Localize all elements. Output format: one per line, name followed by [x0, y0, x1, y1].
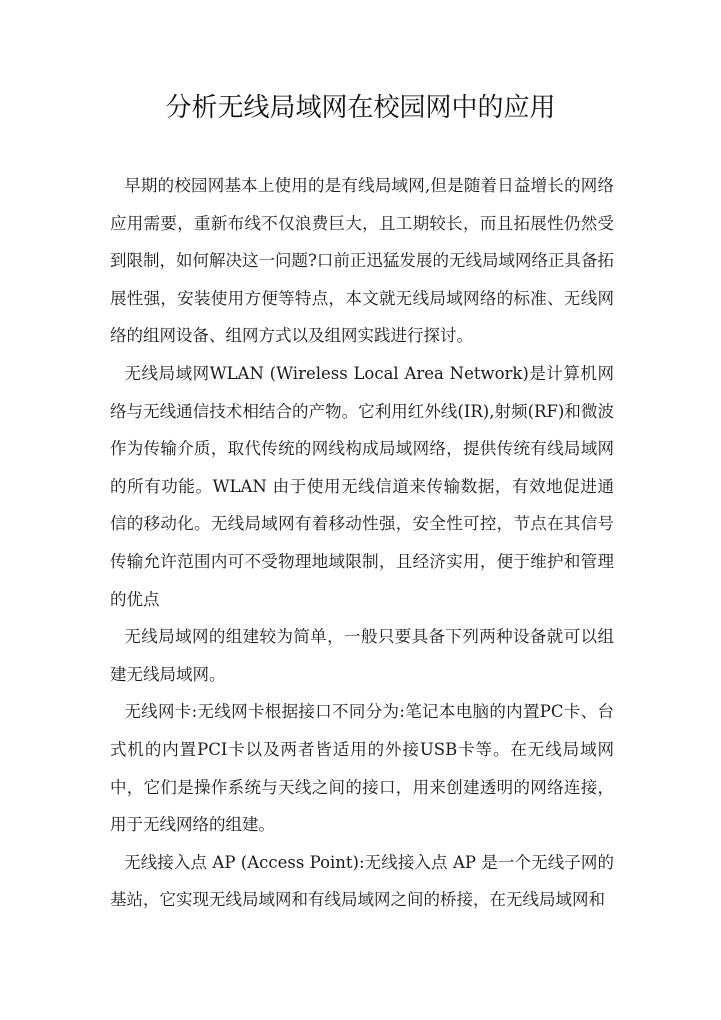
document-page: 分析无线局域网在校园网中的应用 早期的校园网基本上使用的是有线局域网,但是随着日… — [0, 0, 721, 1020]
paragraph-text: 无线网卡:无线网卡根据接口不同分为:笔记本电脑的内置PC卡、台式机的内置PCI卡… — [110, 702, 614, 834]
paragraph-text: 无线局域网WLAN (Wireless Local Area Network)是… — [110, 364, 614, 609]
paragraph-text: 无线接入点 AP (Access Point):无线接入点 AP 是一个无线子网… — [110, 853, 614, 910]
paragraph-intro: 早期的校园网基本上使用的是有线局域网,但是随着日益增长的网络应用需要，重新布线不… — [110, 167, 614, 355]
document-body: 早期的校园网基本上使用的是有线局域网,但是随着日益增长的网络应用需要，重新布线不… — [110, 167, 614, 919]
paragraph-wlan-setup: 无线局域网的组建较为简单，一般只要具备下列两种设备就可以组建无线局域网。 — [110, 618, 614, 693]
paragraph-text: 无线局域网的组建较为简单，一般只要具备下列两种设备就可以组建无线局域网。 — [110, 627, 614, 684]
paragraph-wireless-nic: 无线网卡:无线网卡根据接口不同分为:笔记本电脑的内置PC卡、台式机的内置PCI卡… — [110, 693, 614, 843]
paragraph-text: 早期的校园网基本上使用的是有线局域网,但是随着日益增长的网络应用需要，重新布线不… — [110, 176, 614, 345]
paragraph-access-point: 无线接入点 AP (Access Point):无线接入点 AP 是一个无线子网… — [110, 844, 614, 919]
document-title: 分析无线局域网在校园网中的应用 — [0, 88, 721, 128]
paragraph-wlan-definition: 无线局域网WLAN (Wireless Local Area Network)是… — [110, 355, 614, 618]
